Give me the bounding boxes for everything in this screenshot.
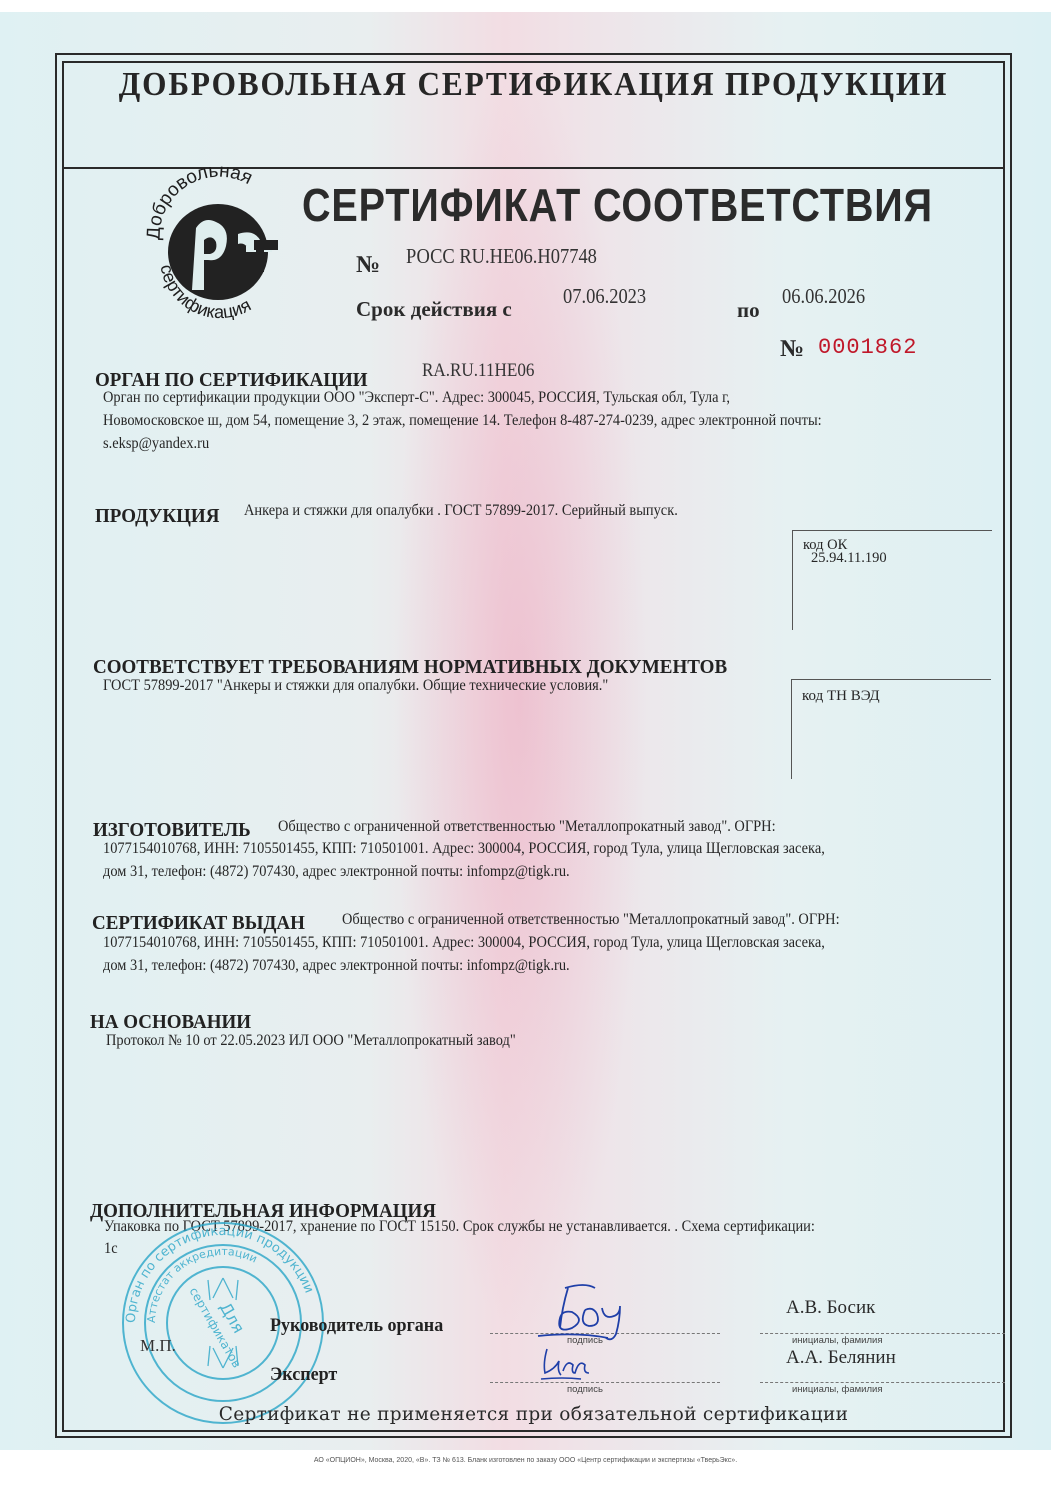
footer-note: Сертификат не применяется при обязательн… [62, 1404, 1005, 1425]
rst-logo-icon: Добровольная сертификация [138, 160, 298, 320]
paper-margin-bottom [0, 1450, 1051, 1487]
manufacturer-line-3: дом 31, телефон: (4872) 707430, адрес эл… [103, 861, 996, 883]
expert-label: Эксперт [270, 1364, 337, 1386]
blank-serial-number: 0001862 [818, 335, 917, 360]
certification-body-line-1: Орган по сертификации продукции ООО "Экс… [103, 387, 996, 409]
certification-body-email: s.eksp@yandex.ru [103, 433, 996, 455]
issued-to-line-3: дом 31, телефон: (4872) 707430, адрес эл… [103, 955, 996, 977]
expert-name-line [760, 1382, 1005, 1383]
basis-protocol: Протокол № 10 от 22.05.2023 ИЛ ООО "Мета… [106, 1030, 757, 1052]
expert-name-caption: инициалы, фамилия [792, 1384, 882, 1395]
validity-label: Срок действия с [356, 297, 512, 322]
certification-body-code: RA.RU.11НЕ06 [422, 360, 534, 382]
issued-to-line-2: 1077154010768, ИНН: 7105501455, КПП: 710… [103, 932, 996, 954]
issued-to-line-1: Общество с ограниченной ответственностью… [342, 909, 993, 931]
certificate-number-sign: № [356, 252, 380, 279]
product-description: Анкера и стяжки для опалубки . ГОСТ 5789… [244, 500, 895, 522]
head-of-body-label: Руководитель органа [270, 1315, 443, 1337]
manufacturer-line-1: Общество с ограниченной ответственностью… [278, 816, 929, 838]
ok-code-box: код ОК 25.94.11.190 [792, 530, 992, 630]
valid-from-date: 07.06.2023 [563, 284, 646, 309]
certificate-number: РОСС RU.НЕ06.Н07748 [406, 244, 597, 269]
expert-name: А.А. Белянин [786, 1347, 896, 1369]
tnved-code-label: код ТН ВЭД [802, 689, 880, 703]
head-name-line [760, 1333, 1005, 1334]
expert-signature [535, 1345, 615, 1390]
head-name-caption: инициалы, фамилия [792, 1335, 882, 1346]
head-name: А.В. Босик [786, 1297, 875, 1319]
product-heading: ПРОДУКЦИЯ [95, 505, 219, 528]
certificate-title: СЕРТИФИКАТ СООТВЕТСТВИЯ [302, 178, 933, 232]
bottom-divider [62, 1430, 1005, 1432]
ok-code-value: 25.94.11.190 [811, 551, 887, 565]
tnved-code-box: код ТН ВЭД [791, 679, 991, 779]
valid-to-label: по [737, 298, 760, 323]
blank-number-sign: № [780, 336, 804, 363]
compliance-standard: ГОСТ 57899-2017 "Анкеры и стяжки для опа… [103, 675, 754, 697]
valid-to-date: 06.06.2026 [782, 284, 865, 309]
top-heading: ДОБРОВОЛЬНАЯ СЕРТИФИКАЦИЯ ПРОДУКЦИИ [100, 66, 968, 104]
printer-imprint: АО «ОПЦИОН», Москва, 2020, «В». ТЗ № 613… [0, 1457, 1051, 1464]
paper-margin-top [0, 0, 1051, 12]
manufacturer-line-2: 1077154010768, ИНН: 7105501455, КПП: 710… [103, 838, 996, 860]
head-signature [530, 1280, 640, 1355]
stamp-place-label: М.П. [140, 1336, 176, 1356]
certification-body-line-2: Новомосковское ш, дом 54, помещение 3, 2… [103, 410, 996, 432]
